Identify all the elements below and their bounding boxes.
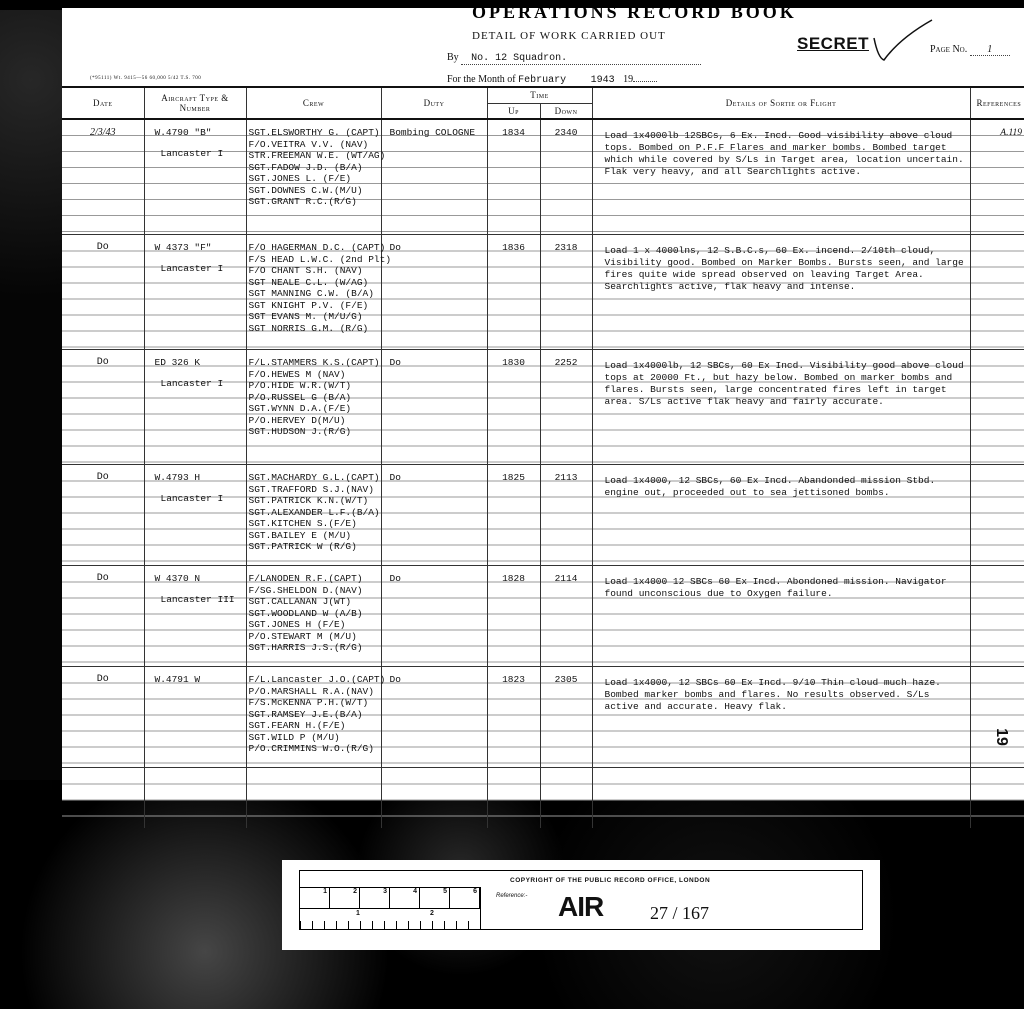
sortie-row: Do ED 326 K Lancaster I F/L.STAMMERS K.S… <box>62 350 1024 465</box>
crew-member: SGT.PATRICK W (R/G) <box>249 542 379 554</box>
sortie-details: Load 1x4000lb, 12 SBCs, 60 Ex Incd. Visi… <box>592 350 970 465</box>
crew-member: SGT.ELSWORTHY G. (CAPT) <box>249 128 379 140</box>
aircraft-type: Lancaster I <box>155 494 244 505</box>
crew-list: F/L.STAMMERS K.S.(CAPT) F/O.HEWES M (NAV… <box>246 350 381 465</box>
crew-member: F/O CHANT S.H. (NAV) <box>249 266 379 278</box>
sortie-row: Do W.4791 W F/L.Lancaster J.O.(CAPT) P/O… <box>62 667 1024 768</box>
sortie-row: Do W 4370 N Lancaster III F/LANODEN R.F.… <box>62 566 1024 667</box>
time-down: 2340 <box>540 119 592 235</box>
ruler-mark: 6 <box>450 888 480 908</box>
col-duty: Duty <box>381 87 487 119</box>
year-prefix: 19 <box>623 74 633 85</box>
sortie-date: Do <box>62 667 144 768</box>
ruler-mark: 2 <box>430 910 434 917</box>
ruler-mark: 5 <box>420 888 450 908</box>
reference <box>970 235 1024 350</box>
crew-list: F/L.Lancaster J.O.(CAPT) P/O.MARSHALL R.… <box>246 667 381 768</box>
crew-member: SGT MANNING C.W. (B/A) <box>249 289 379 301</box>
page-label: Page No. <box>930 44 967 55</box>
ruler-cm-scale: 1 2 3 4 5 6 <box>300 887 480 909</box>
aircraft-cell: W 4373 "F" Lancaster I <box>144 235 246 350</box>
copyright-notice: COPYRIGHT OF THE PUBLIC RECORD OFFICE, L… <box>510 877 710 884</box>
aircraft-type: Lancaster I <box>155 379 244 390</box>
aircraft-type: Lancaster I <box>155 264 244 275</box>
col-time-up: Up <box>487 103 540 119</box>
reference-series: AIR <box>558 891 603 923</box>
sortie-details: Load 1x4000, 12 SBCs, 60 Ex Incd. Abando… <box>592 465 970 566</box>
crew-member: SGT.KITCHEN S.(F/E) <box>249 519 379 531</box>
aircraft-type: Lancaster I <box>155 149 244 160</box>
crew-member: SGT EVANS M. (M/U/G) <box>249 312 379 324</box>
page-number: 1 <box>970 44 1010 56</box>
form-number: FORM 541. <box>977 8 1020 16</box>
scan-background-left <box>0 0 62 800</box>
aircraft-number: W.4791 W <box>155 675 244 686</box>
col-aircraft: Aircraft Type & Number <box>144 87 246 119</box>
crew-member: SGT NORRIS G.M. (R/G) <box>249 324 379 336</box>
crew-member: F/S.McKENNA P.H.(W/T) <box>249 698 379 710</box>
checkmark-icon <box>870 18 940 68</box>
sortie-date: Do <box>62 350 144 465</box>
crew-list: F/LANODEN R.F.(CAPT) F/SG.SHELDON D.(NAV… <box>246 566 381 667</box>
time-up: 1828 <box>487 566 540 667</box>
time-up: 1830 <box>487 350 540 465</box>
aircraft-type: Lancaster III <box>155 595 244 606</box>
time-up: 1836 <box>487 235 540 350</box>
archive-reference-label: COPYRIGHT OF THE PUBLIC RECORD OFFICE, L… <box>282 860 880 950</box>
sortie-date: Do <box>62 465 144 566</box>
time-up: 1834 <box>487 119 540 235</box>
crew-member: F/O HAGERMAN D.C. (CAPT) <box>249 243 379 255</box>
sortie-details: Load 1x4000 12 SBCs 60 Ex Incd. Abondone… <box>592 566 970 667</box>
crew-member: STR.FREEMAN W.E. (WT/AG) <box>249 151 379 163</box>
crew-list: SGT.ELSWORTHY G. (CAPT) F/O.VEITRA V.V. … <box>246 119 381 235</box>
crew-member: SGT.HUDSON J.(R/G) <box>249 427 379 439</box>
ruler-mark: 1 <box>300 888 330 908</box>
crew-member: SGT.WYNN D.A.(F/E) <box>249 404 379 416</box>
aircraft-number: W.4790 "B" <box>155 128 244 139</box>
duty: Do <box>381 235 487 350</box>
time-down: 2252 <box>540 350 592 465</box>
scale-ruler: 1 2 3 4 5 6 1 2 <box>300 887 481 929</box>
form-title: OPERATIONS RECORD BOOK <box>472 2 797 23</box>
sortie-row: Do W.4793 H Lancaster I SGT.MACHARDY G.L… <box>62 465 1024 566</box>
page-number-line: Page No. 1 <box>930 44 1010 56</box>
duty: Do <box>381 350 487 465</box>
blank-row <box>62 768 1024 829</box>
form-subtitle: DETAIL OF WORK CARRIED OUT <box>472 30 666 42</box>
squadron-line: By No. 12 Squadron. <box>447 52 701 65</box>
sortie-row: Do W 4373 "F" Lancaster I F/O HAGERMAN D… <box>62 235 1024 350</box>
aircraft-number: ED 326 K <box>155 358 244 369</box>
col-date: Date <box>62 87 144 119</box>
crew-member: SGT.HARRIS J.S.(R/G) <box>249 643 379 655</box>
crew-member: SGT.MACHARDY G.L.(CAPT) <box>249 473 379 485</box>
printer-reference: (*95111) Wt. 9415—56 60,000 5/42 T.S. 70… <box>90 76 201 81</box>
crew-member: F/LANODEN R.F.(CAPT) <box>249 574 379 586</box>
time-down: 2318 <box>540 235 592 350</box>
reference <box>970 667 1024 768</box>
crew-member: P/O.HIDE W.R.(W/T) <box>249 381 379 393</box>
aircraft-number: W.4793 H <box>155 473 244 484</box>
col-time-down: Down <box>540 103 592 119</box>
reference-label: Reference:- <box>496 893 527 899</box>
sortie-date: 2/3/43 <box>62 119 144 235</box>
duty: Do <box>381 465 487 566</box>
sortie-date: Do <box>62 235 144 350</box>
col-crew: Crew <box>246 87 381 119</box>
col-time: Time <box>487 87 592 103</box>
aircraft-cell: W.4790 "B" Lancaster I <box>144 119 246 235</box>
aircraft-cell: W.4791 W <box>144 667 246 768</box>
time-up: 1825 <box>487 465 540 566</box>
reference: A.119 <box>970 119 1024 235</box>
reference <box>970 566 1024 667</box>
duty: Do <box>381 667 487 768</box>
crew-list: F/O HAGERMAN D.C. (CAPT) F/S HEAD L.W.C.… <box>246 235 381 350</box>
sortie-date: Do <box>62 566 144 667</box>
crew-list: SGT.MACHARDY G.L.(CAPT) SGT.TRAFFORD S.J… <box>246 465 381 566</box>
col-details: Details of Sortie or Flight <box>592 87 970 119</box>
sortie-details: Load 1x4000, 12 SBCs 60 Ex Incd. 9/10 Th… <box>592 667 970 768</box>
record-page: OPERATIONS RECORD BOOK FORM 541. DETAIL … <box>62 8 1024 800</box>
ruler-mark: 3 <box>360 888 390 908</box>
time-down: 2114 <box>540 566 592 667</box>
reference <box>970 465 1024 566</box>
aircraft-cell: ED 326 K Lancaster I <box>144 350 246 465</box>
time-down: 2113 <box>540 465 592 566</box>
crew-member: SGT.CALLANAN J(WT) <box>249 597 379 609</box>
crew-member: F/L.STAMMERS K.S.(CAPT) <box>249 358 379 370</box>
secret-stamp: SECRET <box>797 34 869 54</box>
sortie-details: Load 1x4000lb 12SBCs, 6 Ex. Incd. Good v… <box>592 119 970 235</box>
ruler-mark: 1 <box>356 910 360 917</box>
ruler-mark: 2 <box>330 888 360 908</box>
aircraft-number: W 4373 "F" <box>155 243 244 254</box>
aircraft-cell: W.4793 H Lancaster I <box>144 465 246 566</box>
reference-piece: 27 / 167 <box>650 903 709 924</box>
crew-member: SGT.JONES L. (F/E) <box>249 174 379 186</box>
by-label: By <box>447 52 459 63</box>
sortie-row: 2/3/43 W.4790 "B" Lancaster I SGT.ELSWOR… <box>62 119 1024 235</box>
col-references: References <box>970 87 1024 119</box>
crew-member: P/O.CRIMMINS W.O.(R/G) <box>249 744 379 756</box>
margin-page-number: 19 <box>992 728 1010 746</box>
operations-table: Date Aircraft Type & Number Crew Duty Ti… <box>62 86 1024 828</box>
archive-label-frame: COPYRIGHT OF THE PUBLIC RECORD OFFICE, L… <box>299 870 863 930</box>
duty: Bombing COLOGNE <box>381 119 487 235</box>
crew-member: F/L.Lancaster J.O.(CAPT) <box>249 675 379 687</box>
squadron-value: No. 12 Squadron. <box>461 53 701 65</box>
aircraft-cell: W 4370 N Lancaster III <box>144 566 246 667</box>
crew-member: SGT.FEARN H.(F/E) <box>249 721 379 733</box>
crew-member: SGT.JONES H (F/E) <box>249 620 379 632</box>
crew-member: SGT.GRANT R.C.(R/G) <box>249 197 379 209</box>
time-up: 1823 <box>487 667 540 768</box>
duty: Do <box>381 566 487 667</box>
ruler-mark: 4 <box>390 888 420 908</box>
time-down: 2305 <box>540 667 592 768</box>
aircraft-number: W 4370 N <box>155 574 244 585</box>
reference <box>970 350 1024 465</box>
crew-member: SGT.PATRICK K.N.(W/T) <box>249 496 379 508</box>
sortie-details: Load 1 x 4000lns, 12 S.B.C.s, 60 Ex. inc… <box>592 235 970 350</box>
month-label: For the Month of <box>447 74 516 85</box>
ruler-inch-scale: 1 2 <box>300 908 480 929</box>
